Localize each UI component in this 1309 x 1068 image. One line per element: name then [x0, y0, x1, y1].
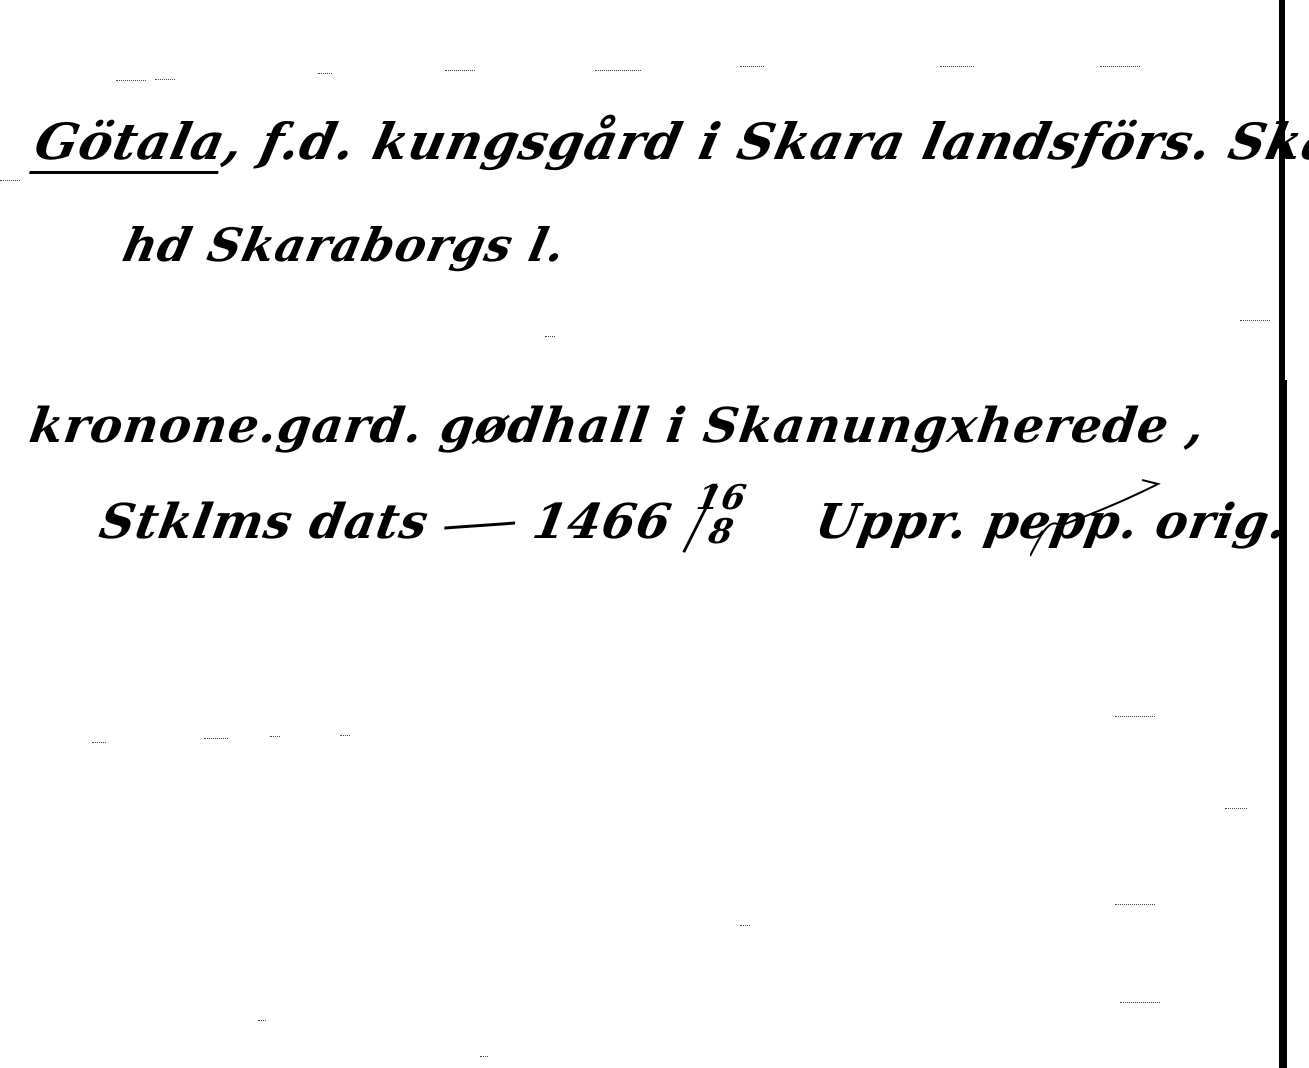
scan-speck — [258, 1020, 266, 1022]
entry-line-1: Götala, f.d. kungsgård i Skara landsförs… — [30, 112, 1309, 171]
scan-speck — [740, 925, 750, 927]
scan-speck — [340, 735, 350, 737]
scan-speck — [204, 738, 228, 740]
dash-stroke — [445, 522, 516, 530]
scan-speck — [1115, 904, 1155, 906]
scan-speck — [1100, 66, 1140, 68]
scan-speck — [545, 336, 555, 338]
pen-flourish — [1030, 476, 1170, 566]
entry-heading: Götala — [30, 112, 231, 171]
scan-speck — [155, 79, 175, 81]
scan-speck — [480, 1056, 488, 1058]
scan-speck — [445, 70, 475, 72]
entry-line-3-text: kronone.gard. gødhall i Skanungxherede , — [26, 398, 1208, 454]
source-year: 1466 — [529, 494, 676, 550]
card-edge-border-inner — [1285, 380, 1287, 1068]
entry-line-2-text: hd Skaraborgs l. — [118, 218, 571, 272]
scan-speck — [1120, 1002, 1160, 1004]
date-month: 8 — [706, 512, 738, 552]
index-card: Götala, f.d. kungsgård i Skara landsförs… — [0, 0, 1309, 1068]
scan-speck — [318, 73, 332, 75]
scan-speck — [0, 180, 20, 182]
scan-speck — [740, 66, 764, 68]
source-place-date: Stklms dats — [95, 494, 433, 550]
scan-speck — [92, 742, 106, 744]
source-date-fraction: 16 8 — [683, 494, 746, 554]
entry-line-2: hd Skaraborgs l. — [118, 218, 571, 272]
scan-speck — [116, 80, 146, 82]
scan-speck — [1240, 320, 1270, 322]
scan-speck — [940, 66, 974, 68]
entry-line-1-text: , f.d. kungsgård i Skara landsförs. Skån… — [219, 112, 1309, 171]
scan-speck — [1225, 808, 1247, 810]
scan-speck — [270, 736, 280, 738]
scan-speck — [1115, 716, 1155, 718]
scan-speck — [595, 70, 641, 72]
entry-line-3: kronone.gard. gødhall i Skanungxherede , — [26, 398, 1208, 454]
